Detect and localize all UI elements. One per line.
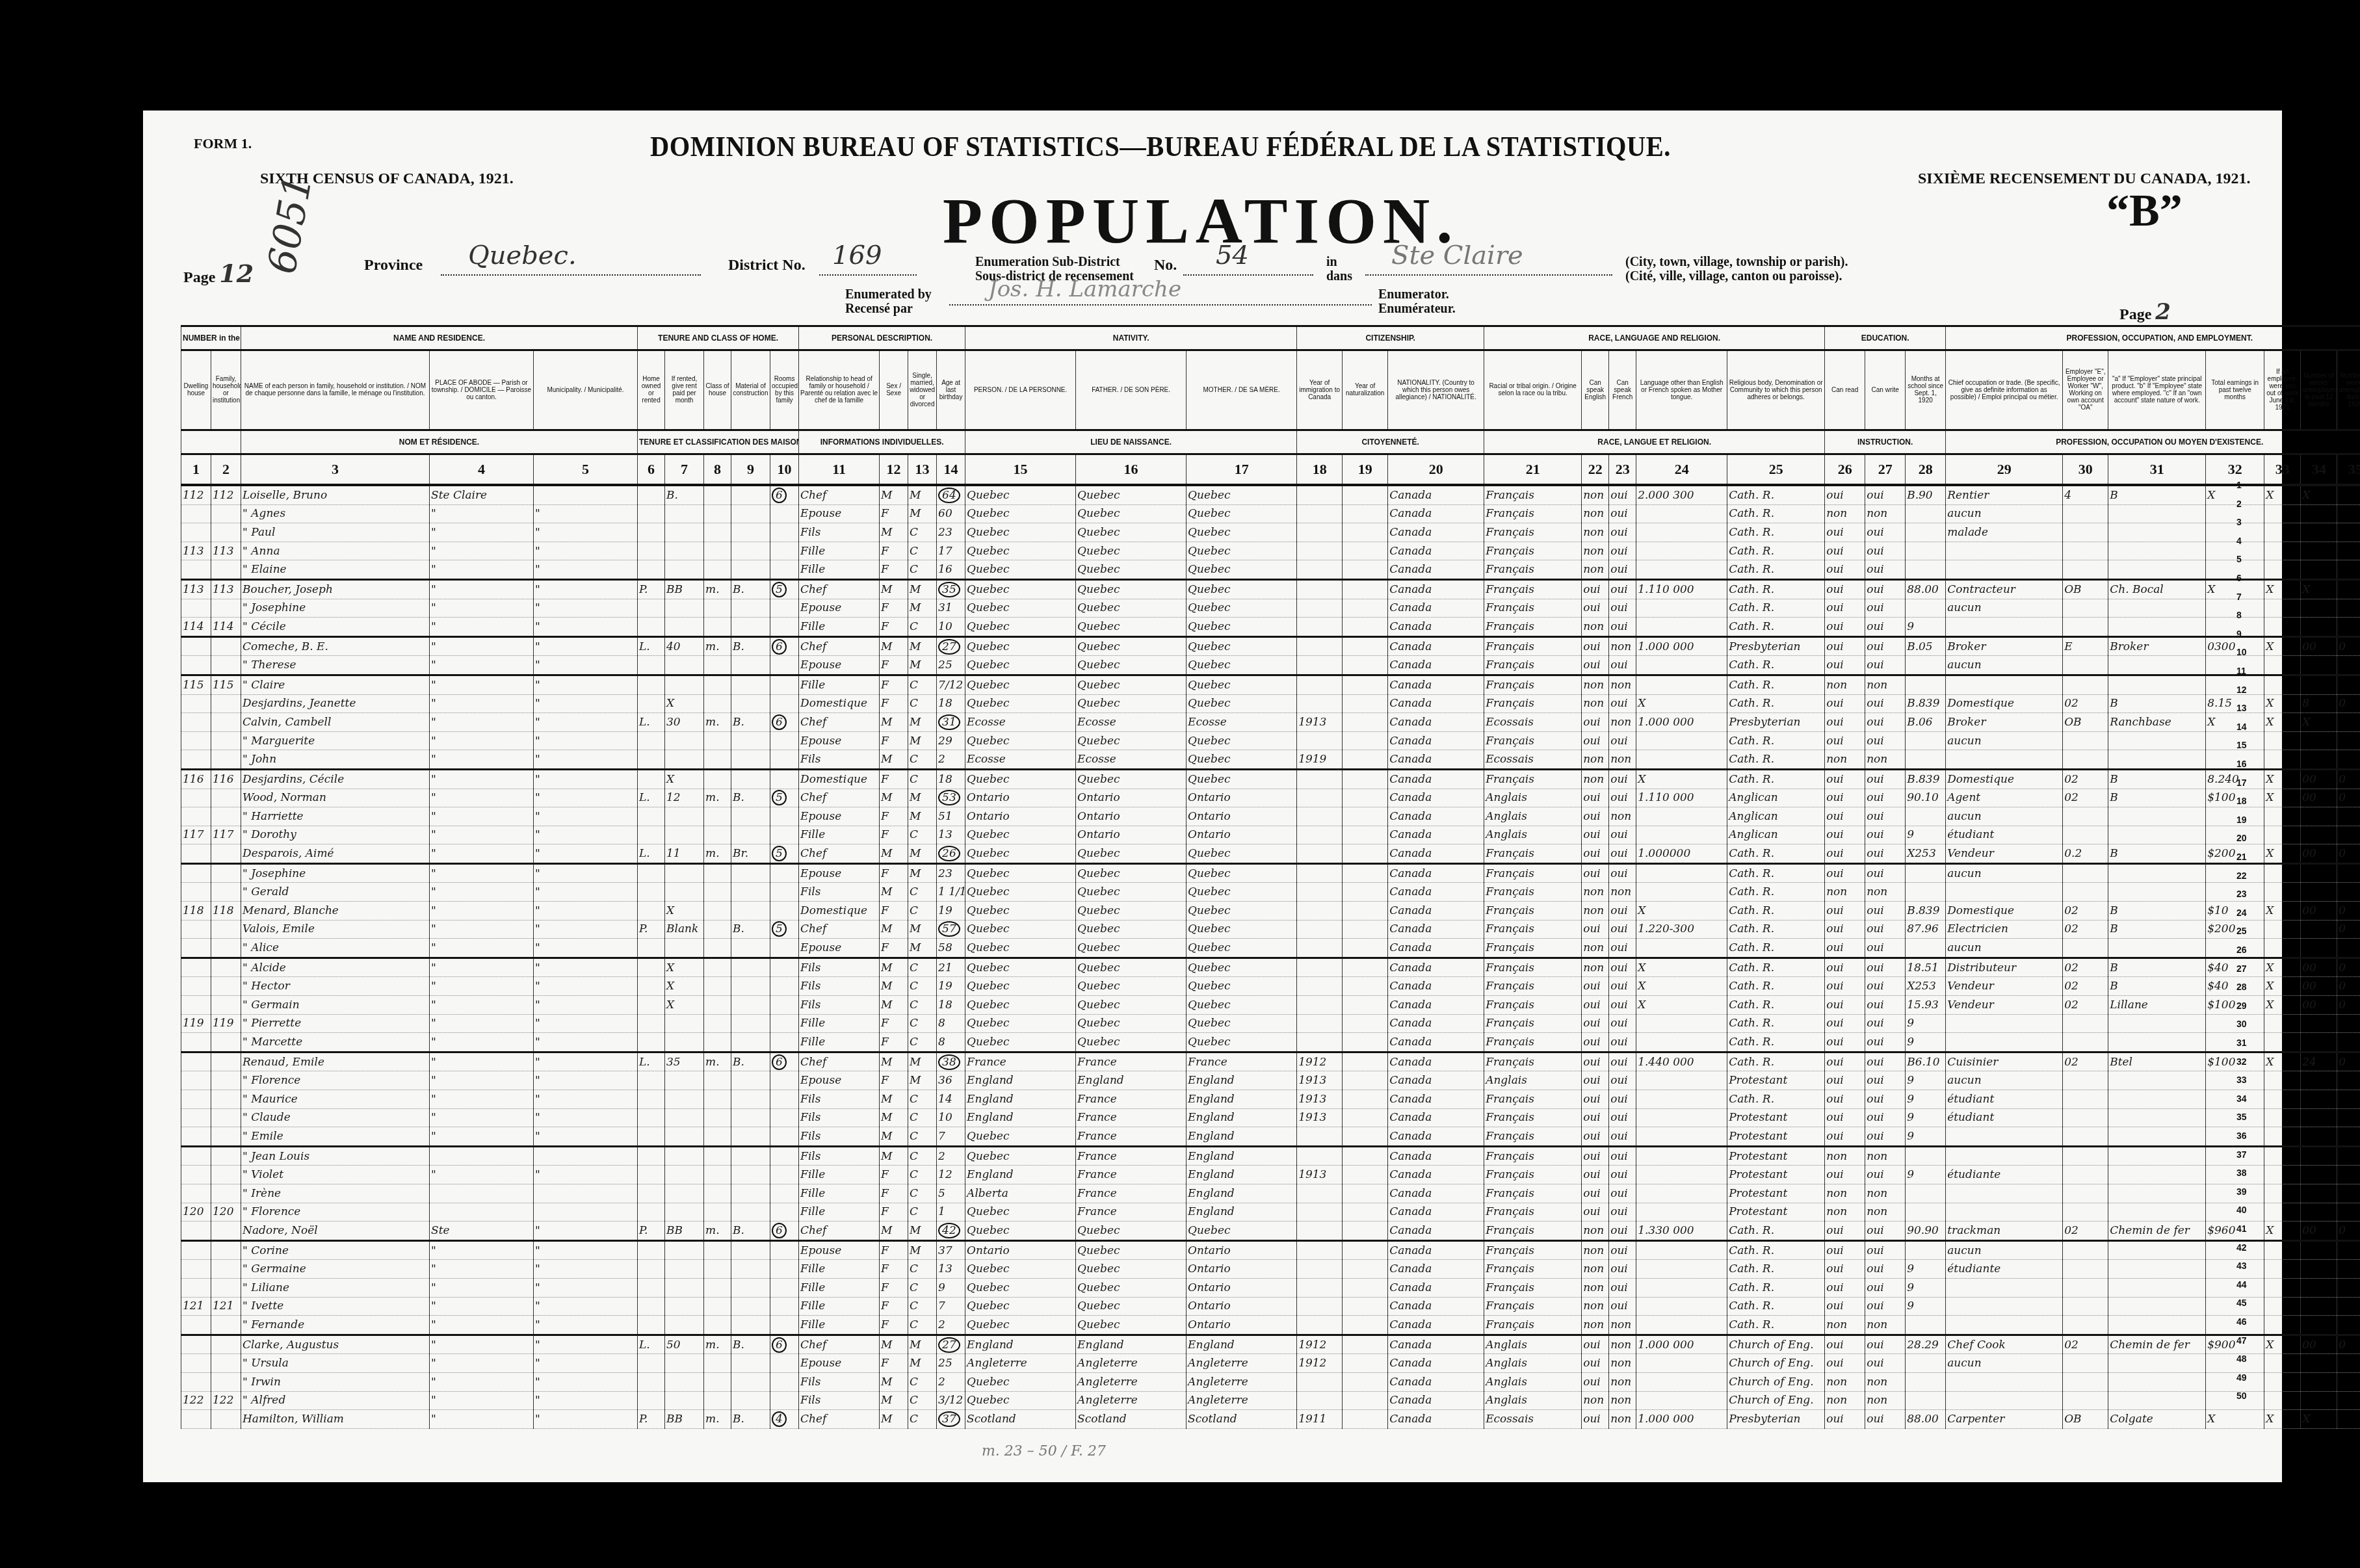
circled-value: 27 bbox=[938, 639, 960, 655]
cell-rel: Chef bbox=[799, 789, 880, 807]
cell-mun: " bbox=[534, 1090, 638, 1109]
cell-sex: M bbox=[880, 883, 908, 902]
cell-wk20 bbox=[2337, 863, 2360, 883]
cell-mother: Angleterre bbox=[1187, 1354, 1297, 1373]
cell-mun: " bbox=[534, 750, 638, 770]
cell-write: oui bbox=[1865, 996, 1906, 1015]
column-header-35: Number of weeks unemployed during 1920 bbox=[2337, 350, 2360, 430]
cell-imm bbox=[1297, 807, 1343, 826]
cell-own bbox=[638, 1240, 665, 1260]
cell-school bbox=[1906, 883, 1946, 902]
cell-fr: oui bbox=[1609, 1071, 1636, 1090]
cell-where bbox=[2108, 1316, 2206, 1335]
cell-name: " Irène bbox=[241, 1184, 430, 1203]
column-number-23: 23 bbox=[1609, 454, 1636, 486]
cell-earn bbox=[2206, 542, 2264, 560]
cell-write: oui bbox=[1865, 1052, 1906, 1071]
cell-lang bbox=[1636, 1090, 1727, 1109]
cell-write: non bbox=[1865, 1316, 1906, 1335]
place-field bbox=[1365, 274, 1612, 276]
cell-wk20 bbox=[2337, 731, 2360, 750]
cell-dw bbox=[181, 1127, 211, 1147]
cell-rooms bbox=[770, 1108, 799, 1127]
cell-nat_yr bbox=[1343, 675, 1388, 694]
cell-rent bbox=[665, 1260, 704, 1279]
cell-rooms bbox=[770, 1372, 799, 1391]
cell-origin: Français bbox=[1484, 920, 1582, 939]
cell-out: X bbox=[2264, 769, 2301, 789]
cell-par: " bbox=[430, 599, 534, 618]
cell-cond: C bbox=[908, 883, 937, 902]
column-header-13: Single, married, widowed or divorced bbox=[908, 350, 937, 430]
cell-rel: Domestique bbox=[799, 902, 880, 921]
cell-cls: m. bbox=[704, 579, 731, 599]
cell-wk20 bbox=[2337, 883, 2360, 902]
cell-fr: oui bbox=[1609, 1260, 1636, 1279]
cell-relig: Cath. R. bbox=[1727, 542, 1825, 560]
cell-cond: M bbox=[908, 504, 937, 523]
cell-wk: 00 bbox=[2301, 636, 2337, 656]
cell-dw bbox=[181, 713, 211, 732]
cell-mother: Quebec bbox=[1187, 542, 1297, 560]
cell-par: " bbox=[430, 1335, 534, 1354]
cell-eng: oui bbox=[1582, 807, 1609, 826]
cell-mat bbox=[731, 750, 770, 770]
cell-wk: 00 bbox=[2301, 1335, 2337, 1354]
cell-father: Quebec bbox=[1076, 675, 1187, 694]
cell-wk bbox=[2301, 750, 2337, 770]
cell-eng: oui bbox=[1582, 1166, 1609, 1184]
cell-cls bbox=[704, 826, 731, 844]
cell-read: oui bbox=[1825, 1335, 1865, 1354]
cell-rent: X bbox=[665, 977, 704, 996]
column-header-20: NATIONALITY. (Country to which this pers… bbox=[1388, 350, 1484, 430]
cell-fam: 113 bbox=[211, 542, 241, 560]
cell-nation: Canada bbox=[1388, 1354, 1484, 1373]
cell-mother: Quebec bbox=[1187, 599, 1297, 618]
cell-origin: Français bbox=[1484, 1222, 1582, 1241]
cell-origin: Français bbox=[1484, 1108, 1582, 1127]
cell-earn bbox=[2206, 1354, 2264, 1373]
cell-own bbox=[638, 618, 665, 637]
cell-mat bbox=[731, 1391, 770, 1410]
cell-name: " Violet bbox=[241, 1166, 430, 1184]
cell-emp bbox=[2063, 1203, 2108, 1222]
cell-dw bbox=[181, 1278, 211, 1297]
cell-own bbox=[638, 826, 665, 844]
table-row: 122122" Alfred""FilsMC3/12QuebecAngleter… bbox=[181, 1391, 2360, 1410]
cell-fam bbox=[211, 844, 241, 864]
cell-rent: 12 bbox=[665, 789, 704, 807]
cell-relig: Cath. R. bbox=[1727, 504, 1825, 523]
cell-own: P. bbox=[638, 579, 665, 599]
page-left-label: Page bbox=[183, 269, 215, 286]
cell-origin: Français bbox=[1484, 560, 1582, 580]
cell-occ bbox=[1946, 1297, 2063, 1316]
cell-wk bbox=[2301, 675, 2337, 694]
cell-school: 88.00 bbox=[1906, 1410, 1946, 1429]
cell-eng: oui bbox=[1582, 1335, 1609, 1354]
cell-mun: " bbox=[534, 1297, 638, 1316]
cell-school: 90.90 bbox=[1906, 1222, 1946, 1241]
subdistrict-no-label: No. bbox=[1154, 257, 1177, 274]
cell-par: " bbox=[430, 807, 534, 826]
cell-relig: Cath. R. bbox=[1727, 996, 1825, 1015]
cell-rent bbox=[665, 807, 704, 826]
cell-mother: Quebec bbox=[1187, 504, 1297, 523]
cell-rooms: 4 bbox=[770, 1410, 799, 1429]
cell-lang bbox=[1636, 599, 1727, 618]
cell-mother: Quebec bbox=[1187, 1014, 1297, 1033]
cell-occ: aucun bbox=[1946, 731, 2063, 750]
enumerated-by-label: Enumerated byRecensé par bbox=[845, 287, 932, 316]
cell-cond: M bbox=[908, 656, 937, 675]
cell-mun: " bbox=[534, 636, 638, 656]
circled-value: 42 bbox=[938, 1223, 960, 1238]
cell-eng: non bbox=[1582, 902, 1609, 921]
cell-birth: Quebec bbox=[965, 958, 1076, 977]
circled-value: 6 bbox=[772, 488, 787, 503]
cell-emp bbox=[2063, 1108, 2108, 1127]
circled-value: 6 bbox=[772, 1337, 787, 1353]
cell-dw bbox=[181, 844, 211, 864]
cell-eng: oui bbox=[1582, 731, 1609, 750]
cell-rel: Fille bbox=[799, 675, 880, 694]
cell-father: Quebec bbox=[1076, 863, 1187, 883]
cell-wk: 00 bbox=[2301, 769, 2337, 789]
cell-fam bbox=[211, 1090, 241, 1109]
cell-birth: Ecosse bbox=[965, 750, 1076, 770]
cell-emp: 02 bbox=[2063, 694, 2108, 713]
cell-where bbox=[2108, 1372, 2206, 1391]
cell-rooms: 5 bbox=[770, 844, 799, 864]
circled-value: 6 bbox=[772, 1054, 787, 1070]
cell-age: 2 bbox=[937, 750, 965, 770]
column-header-27: Can write bbox=[1865, 350, 1906, 430]
cell-rent bbox=[665, 1203, 704, 1222]
cell-dw bbox=[181, 750, 211, 770]
table-row: Valois, Emile""P.BlankB.5ChefMM57QuebecQ… bbox=[181, 920, 2360, 939]
cell-age: 25 bbox=[937, 1354, 965, 1373]
cell-mat bbox=[731, 599, 770, 618]
cell-wk20 bbox=[2337, 1372, 2360, 1391]
cell-fr: oui bbox=[1609, 1108, 1636, 1127]
cell-mat bbox=[731, 1184, 770, 1203]
cell-father: Ecosse bbox=[1076, 713, 1187, 732]
cell-mat bbox=[731, 939, 770, 958]
cell-rooms bbox=[770, 1146, 799, 1166]
cell-father: France bbox=[1076, 1052, 1187, 1071]
cell-origin: Anglais bbox=[1484, 1354, 1582, 1373]
table-row: " Maurice""FilsMC14EnglandFranceEngland1… bbox=[181, 1090, 2360, 1109]
cell-age: 17 bbox=[937, 542, 965, 560]
cell-cls bbox=[704, 1033, 731, 1052]
cell-fr: oui bbox=[1609, 826, 1636, 844]
cell-lang: 1.000 000 bbox=[1636, 1335, 1727, 1354]
cell-father: Angleterre bbox=[1076, 1391, 1187, 1410]
cell-father: France bbox=[1076, 1184, 1187, 1203]
section-education-fr: INSTRUCTION. bbox=[1825, 430, 1946, 454]
cell-occ: aucun bbox=[1946, 863, 2063, 883]
cell-rooms bbox=[770, 1127, 799, 1147]
cell-cls bbox=[704, 1278, 731, 1297]
cell-emp bbox=[2063, 675, 2108, 694]
cell-name: " Hector bbox=[241, 977, 430, 996]
cell-mun: " bbox=[534, 769, 638, 789]
cell-where bbox=[2108, 560, 2206, 580]
cell-eng: oui bbox=[1582, 1108, 1609, 1127]
table-row: Desparois, Aimé""L.11m.Br.5ChefMM26Quebe… bbox=[181, 844, 2360, 864]
cell-cond: M bbox=[908, 789, 937, 807]
line-number: 47 bbox=[2236, 1335, 2247, 1346]
cell-fam bbox=[211, 1372, 241, 1391]
circled-value: 64 bbox=[938, 488, 960, 503]
cell-name: " Gerald bbox=[241, 883, 430, 902]
column-number-11: 11 bbox=[799, 454, 880, 486]
cell-nat_yr bbox=[1343, 1222, 1388, 1241]
cell-par bbox=[430, 1184, 534, 1203]
cell-mun: " bbox=[534, 1410, 638, 1429]
cell-mat bbox=[731, 504, 770, 523]
cell-father: Quebec bbox=[1076, 542, 1187, 560]
cell-write: oui bbox=[1865, 1410, 1906, 1429]
cell-read: oui bbox=[1825, 656, 1865, 675]
cell-rent bbox=[665, 504, 704, 523]
cell-school: B.839 bbox=[1906, 694, 1946, 713]
cell-mat: B. bbox=[731, 636, 770, 656]
cell-mat bbox=[731, 1166, 770, 1184]
column-header-9: Material of construction bbox=[731, 350, 770, 430]
cell-lang bbox=[1636, 1146, 1727, 1166]
cell-cls bbox=[704, 750, 731, 770]
cell-birth: England bbox=[965, 1335, 1076, 1354]
cell-own bbox=[638, 1297, 665, 1316]
column-number-13: 13 bbox=[908, 454, 937, 486]
cell-school: 28.29 bbox=[1906, 1335, 1946, 1354]
cell-earn bbox=[2206, 1391, 2264, 1410]
cell-mat bbox=[731, 523, 770, 542]
cell-cond: M bbox=[908, 920, 937, 939]
cell-sex: F bbox=[880, 863, 908, 883]
cell-write: oui bbox=[1865, 560, 1906, 580]
cell-earn bbox=[2206, 1146, 2264, 1166]
cell-where: B bbox=[2108, 694, 2206, 713]
cell-school bbox=[1906, 1240, 1946, 1260]
cell-rel: Epouse bbox=[799, 939, 880, 958]
cell-relig: Cath. R. bbox=[1727, 485, 1825, 504]
cell-occ bbox=[1946, 1391, 2063, 1410]
cell-wk20 bbox=[2337, 826, 2360, 844]
cell-name: " Marguerite bbox=[241, 731, 430, 750]
cell-read: oui bbox=[1825, 1127, 1865, 1147]
cell-nation: Canada bbox=[1388, 599, 1484, 618]
census-table: NUMBER in the order of visitation NAME A… bbox=[181, 325, 2360, 1429]
cell-nation: Canada bbox=[1388, 1090, 1484, 1109]
cell-school: 9 bbox=[1906, 1278, 1946, 1297]
cell-cond: C bbox=[908, 1372, 937, 1391]
province-label: Province bbox=[364, 257, 423, 274]
table-row: Wood, Norman""L.12m.B.5ChefMM53OntarioOn… bbox=[181, 789, 2360, 807]
cell-dw bbox=[181, 1071, 211, 1090]
cell-relig: Protestant bbox=[1727, 1108, 1825, 1127]
cell-age: 23 bbox=[937, 523, 965, 542]
cell-imm bbox=[1297, 1203, 1343, 1222]
table-row: " Josephine""EpouseFM31QuebecQuebecQuebe… bbox=[181, 599, 2360, 618]
cell-fr: oui bbox=[1609, 958, 1636, 977]
cell-father: Quebec bbox=[1076, 523, 1187, 542]
cell-wk20 bbox=[2337, 560, 2360, 580]
cell-age: 57 bbox=[937, 920, 965, 939]
cell-nation: Canada bbox=[1388, 1166, 1484, 1184]
cell-nat_yr bbox=[1343, 656, 1388, 675]
place-value: Ste Claire bbox=[1391, 241, 1523, 270]
cell-father: Quebec bbox=[1076, 1278, 1187, 1297]
cell-rent: 50 bbox=[665, 1335, 704, 1354]
cell-rel: Chef bbox=[799, 579, 880, 599]
cell-cls bbox=[704, 1354, 731, 1373]
cell-dw bbox=[181, 1372, 211, 1391]
cell-eng: non bbox=[1582, 485, 1609, 504]
cell-birth: Scotland bbox=[965, 1410, 1076, 1429]
cell-mun: " bbox=[534, 1127, 638, 1147]
cell-occ bbox=[1946, 1316, 2063, 1335]
cell-emp bbox=[2063, 618, 2108, 637]
cell-cond: C bbox=[908, 1146, 937, 1166]
column-header-3: NAME of each person in family, household… bbox=[241, 350, 430, 430]
cell-imm bbox=[1297, 523, 1343, 542]
cell-emp bbox=[2063, 1071, 2108, 1090]
table-row: " Fernande""FilleFC2QuebecQuebecOntarioC… bbox=[181, 1316, 2360, 1335]
cell-cond: C bbox=[908, 560, 937, 580]
cell-nation: Canada bbox=[1388, 807, 1484, 826]
cell-fam bbox=[211, 996, 241, 1015]
cell-rooms bbox=[770, 826, 799, 844]
cell-age: 12 bbox=[937, 1166, 965, 1184]
cell-name: " Maurice bbox=[241, 1090, 430, 1109]
cell-par bbox=[430, 1203, 534, 1222]
cell-dw bbox=[181, 939, 211, 958]
cell-birth: Quebec bbox=[965, 1127, 1076, 1147]
cell-cls: m. bbox=[704, 1410, 731, 1429]
cell-par: " bbox=[430, 1391, 534, 1410]
cell-dw bbox=[181, 1033, 211, 1052]
cell-age: 18 bbox=[937, 694, 965, 713]
cell-mun: " bbox=[534, 1052, 638, 1071]
cell-mat bbox=[731, 656, 770, 675]
line-number: 29 bbox=[2236, 1000, 2247, 1011]
cell-out: X bbox=[2264, 1222, 2301, 1241]
cell-emp bbox=[2063, 560, 2108, 580]
cell-fam bbox=[211, 1033, 241, 1052]
cell-nat_yr bbox=[1343, 1354, 1388, 1373]
table-row: Desjardins, Jeanette""XDomestiqueFC18Que… bbox=[181, 694, 2360, 713]
cell-age: 27 bbox=[937, 636, 965, 656]
cell-occ: Broker bbox=[1946, 713, 2063, 732]
cell-rent bbox=[665, 542, 704, 560]
line-number: 20 bbox=[2236, 833, 2247, 843]
cell-rooms bbox=[770, 618, 799, 637]
cell-school: 9 bbox=[1906, 618, 1946, 637]
line-number: 23 bbox=[2236, 889, 2247, 899]
cell-rent bbox=[665, 1071, 704, 1090]
cell-out bbox=[2264, 1354, 2301, 1373]
cell-own bbox=[638, 769, 665, 789]
cell-cond: M bbox=[908, 1071, 937, 1090]
cell-wk: X bbox=[2301, 713, 2337, 732]
cell-nation: Canada bbox=[1388, 1240, 1484, 1260]
cell-occ: aucun bbox=[1946, 599, 2063, 618]
cell-name: " Germaine bbox=[241, 1260, 430, 1279]
cell-rooms bbox=[770, 1033, 799, 1052]
cell-cls bbox=[704, 977, 731, 996]
circled-value: 57 bbox=[938, 921, 960, 937]
cell-nation: Canada bbox=[1388, 694, 1484, 713]
cell-rooms bbox=[770, 599, 799, 618]
cell-cond: C bbox=[908, 902, 937, 921]
cell-emp bbox=[2063, 1316, 2108, 1335]
cell-par: " bbox=[430, 958, 534, 977]
cell-mother: Quebec bbox=[1187, 996, 1297, 1015]
cell-eng: oui bbox=[1582, 636, 1609, 656]
cell-where: B bbox=[2108, 789, 2206, 807]
cell-lang bbox=[1636, 523, 1727, 542]
cell-sex: F bbox=[880, 1071, 908, 1090]
cell-lang bbox=[1636, 1033, 1727, 1052]
cell-birth: England bbox=[965, 1071, 1076, 1090]
cell-name: " Josephine bbox=[241, 599, 430, 618]
cell-imm bbox=[1297, 1014, 1343, 1033]
cell-name: Clarke, Augustus bbox=[241, 1335, 430, 1354]
column-header-5: Municipality. / Municipalité. bbox=[534, 350, 638, 430]
cell-imm bbox=[1297, 1127, 1343, 1147]
cell-emp bbox=[2063, 807, 2108, 826]
cell-cond: C bbox=[908, 750, 937, 770]
section-tenure-fr: TENURE ET CLASSIFICATION DES MAISONS. bbox=[638, 430, 799, 454]
cell-where bbox=[2108, 1014, 2206, 1033]
cell-cond: M bbox=[908, 731, 937, 750]
cell-dw: 122 bbox=[181, 1391, 211, 1410]
cell-rel: Fille bbox=[799, 1033, 880, 1052]
cell-read: non bbox=[1825, 883, 1865, 902]
cell-eng: oui bbox=[1582, 1090, 1609, 1109]
cell-lang: 1.330 000 bbox=[1636, 1222, 1727, 1241]
cell-mat: B. bbox=[731, 1335, 770, 1354]
cell-imm bbox=[1297, 504, 1343, 523]
column-header-8: Class of house bbox=[704, 350, 731, 430]
cell-rent bbox=[665, 523, 704, 542]
cell-imm bbox=[1297, 1222, 1343, 1241]
cell-rel: Chef bbox=[799, 1052, 880, 1071]
cell-wk bbox=[2301, 1240, 2337, 1260]
cell-eng: non bbox=[1582, 694, 1609, 713]
cell-birth: Quebec bbox=[965, 1033, 1076, 1052]
line-number: 27 bbox=[2236, 963, 2247, 974]
page-left: Page 12 bbox=[183, 259, 254, 288]
cell-birth: Quebec bbox=[965, 1372, 1076, 1391]
cell-origin: Français bbox=[1484, 977, 1582, 996]
cell-eng: non bbox=[1582, 560, 1609, 580]
cell-wk20 bbox=[2337, 1240, 2360, 1260]
cell-rooms bbox=[770, 1260, 799, 1279]
cell-out bbox=[2264, 920, 2301, 939]
cell-name: " Alice bbox=[241, 939, 430, 958]
cell-nat_yr bbox=[1343, 996, 1388, 1015]
cell-mat bbox=[731, 996, 770, 1015]
cell-occ: Domestique bbox=[1946, 694, 2063, 713]
cell-origin: Français bbox=[1484, 958, 1582, 977]
cell-wk bbox=[2301, 1354, 2337, 1373]
cell-name: " Pierrette bbox=[241, 1014, 430, 1033]
